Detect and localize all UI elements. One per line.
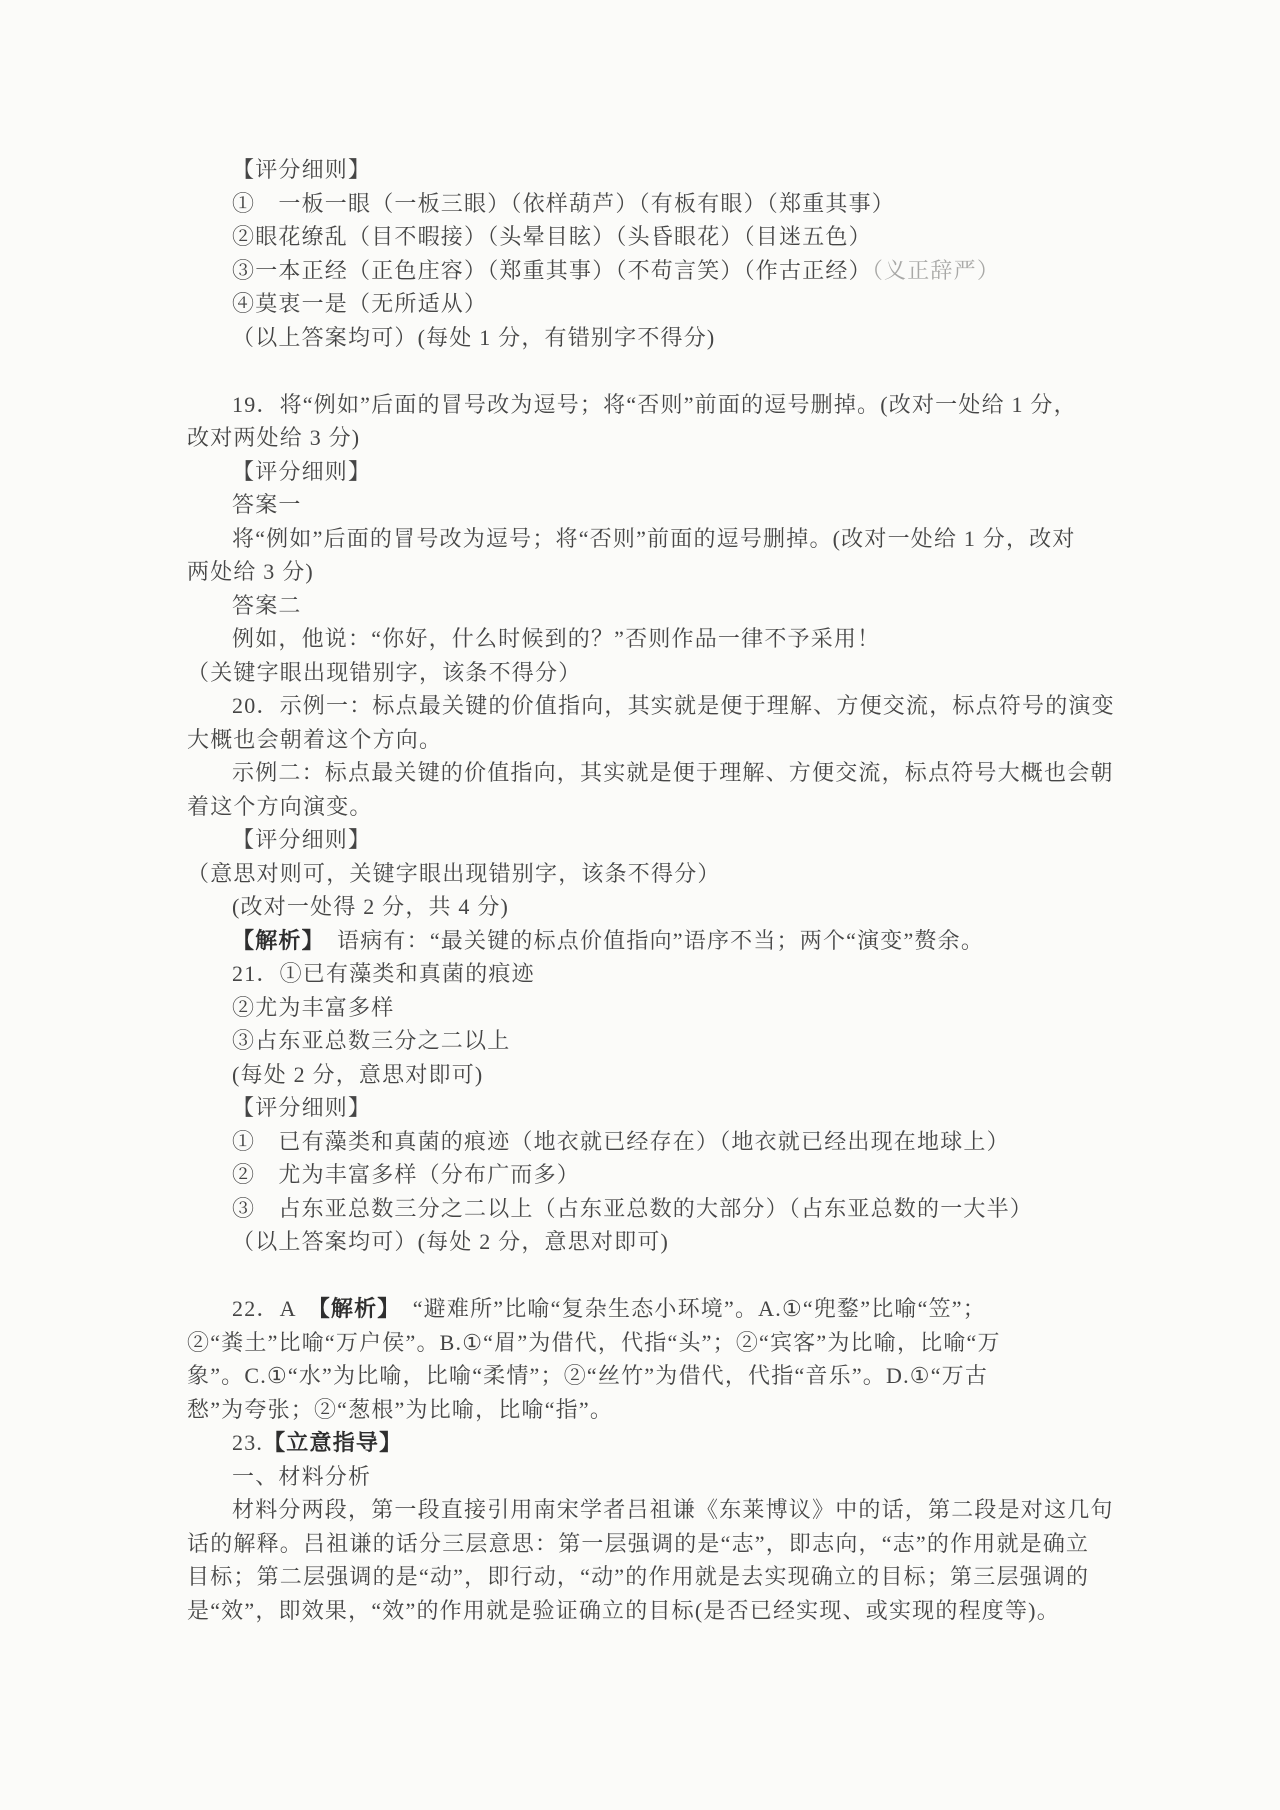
text-line: 答案二 (187, 589, 1162, 623)
text-line: 是“效”，即效果，“效”的作用就是验证确立的目标(是否已经实现、或实现的程度等)… (187, 1594, 1162, 1628)
text-line: ③一本正经（正色庄容）（郑重其事）（不苟言笑）（作古正经）（义正辞严） (187, 254, 1162, 288)
text-segment: ②眼花缭乱（目不暇接）（头晕目眩）（头昏眼花）（目迷五色） (232, 224, 872, 249)
text-segment: ③占东亚总数三分之二以上 (232, 1028, 510, 1053)
blank-line (187, 1259, 1162, 1293)
text-segment: （意思对则可，关键字眼出现错别字，该条不得分） (187, 861, 721, 886)
text-segment: 22．A (232, 1296, 319, 1321)
text-segment: （义正辞严） (872, 258, 1000, 283)
text-segment: ② 尤为丰富多样（分布广而多） (232, 1162, 580, 1187)
text-segment: 语病有：“最关键的标点价值指向”语序不当；两个“演变”赘余。 (314, 928, 984, 953)
text-segment: （以上答案均可）(每处 1 分，有错别字不得分) (232, 325, 715, 350)
text-segment: ②“粪土”比喻“万户侯”。B.①“眉”为借代，代指“头”；②“宾客”为比喻，比喻… (187, 1330, 1001, 1355)
text-line: 改对两处给 3 分) (187, 421, 1162, 455)
text-segment: 【评分细则】 (232, 827, 371, 852)
text-segment: 大概也会朝着这个方向。 (187, 727, 442, 752)
text-line: 23.【立意指导】 (187, 1426, 1162, 1460)
text-segment: 答案二 (232, 593, 302, 618)
text-line: 20．示例一：标点最关键的价值指向，其实就是便于理解、方便交流，标点符号的演变 (187, 689, 1162, 723)
text-line: （以上答案均可）(每处 2 分，意思对即可) (187, 1225, 1162, 1259)
text-line: （关键字眼出现错别字，该条不得分） (187, 656, 1162, 690)
text-segment: (改对一处得 2 分，共 4 分) (232, 894, 509, 919)
text-line: 愁”为夸张；②“葱根”为比喻，比喻“指”。 (187, 1393, 1162, 1427)
text-segment: 愁”为夸张；②“葱根”为比喻，比喻“指”。 (187, 1397, 613, 1422)
text-segment: 【解析】 (232, 928, 314, 953)
text-line: 答案一 (187, 488, 1162, 522)
text-segment: 着这个方向演变。 (187, 794, 373, 819)
text-line: 【评分细则】 (187, 823, 1162, 857)
text-line: 21．①已有藻类和真菌的痕迹 (187, 957, 1162, 991)
text-line: 两处给 3 分) (187, 555, 1162, 589)
text-segment: ① 已有藻类和真菌的痕迹（地衣就已经存在）（地衣就已经出现在地球上） (232, 1129, 1010, 1154)
text-segment: 21．①已有藻类和真菌的痕迹 (232, 961, 535, 986)
text-line: 例如，他说：“你好，什么时候到的？”否则作品一律不予采用！ (187, 622, 1162, 656)
text-line: 【评分细则】 (187, 153, 1162, 187)
text-line: ④莫衷一是（无所适从） (187, 287, 1162, 321)
text-line: ② 尤为丰富多样（分布广而多） (187, 1158, 1162, 1192)
text-line: ① 一板一眼（一板三眼）（依样葫芦）（有板有眼）（郑重其事） (187, 187, 1162, 221)
text-segment: 改对两处给 3 分) (187, 425, 360, 450)
text-segment: （以上答案均可）(每处 2 分，意思对即可) (232, 1229, 669, 1254)
text-segment: 【评分细则】 (232, 1095, 371, 1120)
text-line: 着这个方向演变。 (187, 790, 1162, 824)
text-segment: 两处给 3 分) (187, 559, 314, 584)
text-segment: (每处 2 分，意思对即可) (232, 1062, 483, 1087)
text-segment: 23. (232, 1430, 263, 1455)
scanned-page: 【评分细则】① 一板一眼（一板三眼）（依样葫芦）（有板有眼）（郑重其事）②眼花缭… (0, 0, 1280, 1810)
text-segment: 19．将“例如”后面的冒号改为逗号；将“否则”前面的逗号删掉。(改对一处给 1 … (232, 392, 1077, 417)
text-segment: 【评分细则】 (232, 157, 371, 182)
text-line: 目标；第二层强调的是“动”，即行动，“动”的作用就是去实现确立的目标；第三层强调… (187, 1560, 1162, 1594)
text-line: 【评分细则】 (187, 455, 1162, 489)
text-line: 材料分两段，第一段直接引用南宋学者吕祖谦《东莱博议》中的话，第二段是对这几句 (187, 1493, 1162, 1527)
text-line: ③ 占东亚总数三分之二以上（占东亚总数的大部分）（占东亚总数的一大半） (187, 1192, 1162, 1226)
text-segment: “避难所”比喻“复杂生态小环境”。A.①“兜鍪”比喻“笠”； (390, 1296, 986, 1321)
text-line: ②尤为丰富多样 (187, 991, 1162, 1025)
text-line: 象”。C.①“水”为比喻，比喻“柔情”；②“丝竹”为借代，代指“音乐”。D.①“… (187, 1359, 1162, 1393)
text-segment: 是“效”，即效果，“效”的作用就是验证确立的目标(是否已经实现、或实现的程度等)… (187, 1598, 1060, 1623)
text-line: 话的解释。吕祖谦的话分三层意思：第一层强调的是“志”，即志向，“志”的作用就是确… (187, 1527, 1162, 1561)
text-line: 【评分细则】 (187, 1091, 1162, 1125)
text-segment: 【立意指导】 (263, 1430, 402, 1455)
text-line: ②“粪土”比喻“万户侯”。B.①“眉”为借代，代指“头”；②“宾客”为比喻，比喻… (187, 1326, 1162, 1360)
text-segment: 话的解释。吕祖谦的话分三层意思：第一层强调的是“志”，即志向，“志”的作用就是确… (187, 1531, 1089, 1556)
text-segment: 【解析】 (319, 1296, 390, 1321)
text-line: ③占东亚总数三分之二以上 (187, 1024, 1162, 1058)
text-line: ① 已有藻类和真菌的痕迹（地衣就已经存在）（地衣就已经出现在地球上） (187, 1125, 1162, 1159)
text-segment: 【评分细则】 (232, 459, 371, 484)
text-segment: ③ 占东亚总数三分之二以上（占东亚总数的大部分）（占东亚总数的一大半） (232, 1196, 1033, 1221)
text-line: 一、材料分析 (187, 1460, 1162, 1494)
text-segment: 一、材料分析 (232, 1464, 371, 1489)
text-line: 大概也会朝着这个方向。 (187, 723, 1162, 757)
text-line: 22．A 【解析】 “避难所”比喻“复杂生态小环境”。A.①“兜鍪”比喻“笠”； (187, 1292, 1162, 1326)
text-segment: （关键字眼出现错别字，该条不得分） (187, 660, 581, 685)
text-segment: 象”。C.①“水”为比喻，比喻“柔情”；②“丝竹”为借代，代指“音乐”。D.①“… (187, 1363, 988, 1388)
text-line: 将“例如”后面的冒号改为逗号；将“否则”前面的逗号删掉。(改对一处给 1 分，改… (187, 522, 1162, 556)
text-segment: 答案一 (232, 492, 302, 517)
text-segment: 示例二：标点最关键的价值指向，其实就是便于理解、方便交流，标点符号大概也会朝 (232, 760, 1114, 785)
text-line: 19．将“例如”后面的冒号改为逗号；将“否则”前面的逗号删掉。(改对一处给 1 … (187, 388, 1162, 422)
text-segment: 目标；第二层强调的是“动”，即行动，“动”的作用就是去实现确立的目标；第三层强调… (187, 1564, 1089, 1589)
text-line: 【解析】 语病有：“最关键的标点价值指向”语序不当；两个“演变”赘余。 (187, 924, 1162, 958)
text-line: ②眼花缭乱（目不暇接）（头晕目眩）（头昏眼花）（目迷五色） (187, 220, 1162, 254)
text-segment: ④莫衷一是（无所适从） (232, 291, 487, 316)
text-line: (改对一处得 2 分，共 4 分) (187, 890, 1162, 924)
answer-key-document: 【评分细则】① 一板一眼（一板三眼）（依样葫芦）（有板有眼）（郑重其事）②眼花缭… (187, 153, 1162, 1627)
text-segment: 材料分两段，第一段直接引用南宋学者吕祖谦《东莱博议》中的话，第二段是对这几句 (232, 1497, 1114, 1522)
blank-line (187, 354, 1162, 388)
text-line: （意思对则可，关键字眼出现错别字，该条不得分） (187, 857, 1162, 891)
text-segment: 例如，他说：“你好，什么时候到的？”否则作品一律不予采用！ (232, 626, 880, 651)
text-line: 示例二：标点最关键的价值指向，其实就是便于理解、方便交流，标点符号大概也会朝 (187, 756, 1162, 790)
text-segment: 将“例如”后面的冒号改为逗号；将“否则”前面的逗号删掉。(改对一处给 1 分，改… (232, 526, 1076, 551)
text-segment: ②尤为丰富多样 (232, 995, 394, 1020)
text-segment: 20．示例一：标点最关键的价值指向，其实就是便于理解、方便交流，标点符号的演变 (232, 693, 1115, 718)
text-line: (每处 2 分，意思对即可) (187, 1058, 1162, 1092)
text-segment: ① 一板一眼（一板三眼）（依样葫芦）（有板有眼）（郑重其事） (232, 191, 895, 216)
text-segment: ③一本正经（正色庄容）（郑重其事）（不苟言笑）（作古正经） (232, 258, 872, 283)
text-line: （以上答案均可）(每处 1 分，有错别字不得分) (187, 321, 1162, 355)
